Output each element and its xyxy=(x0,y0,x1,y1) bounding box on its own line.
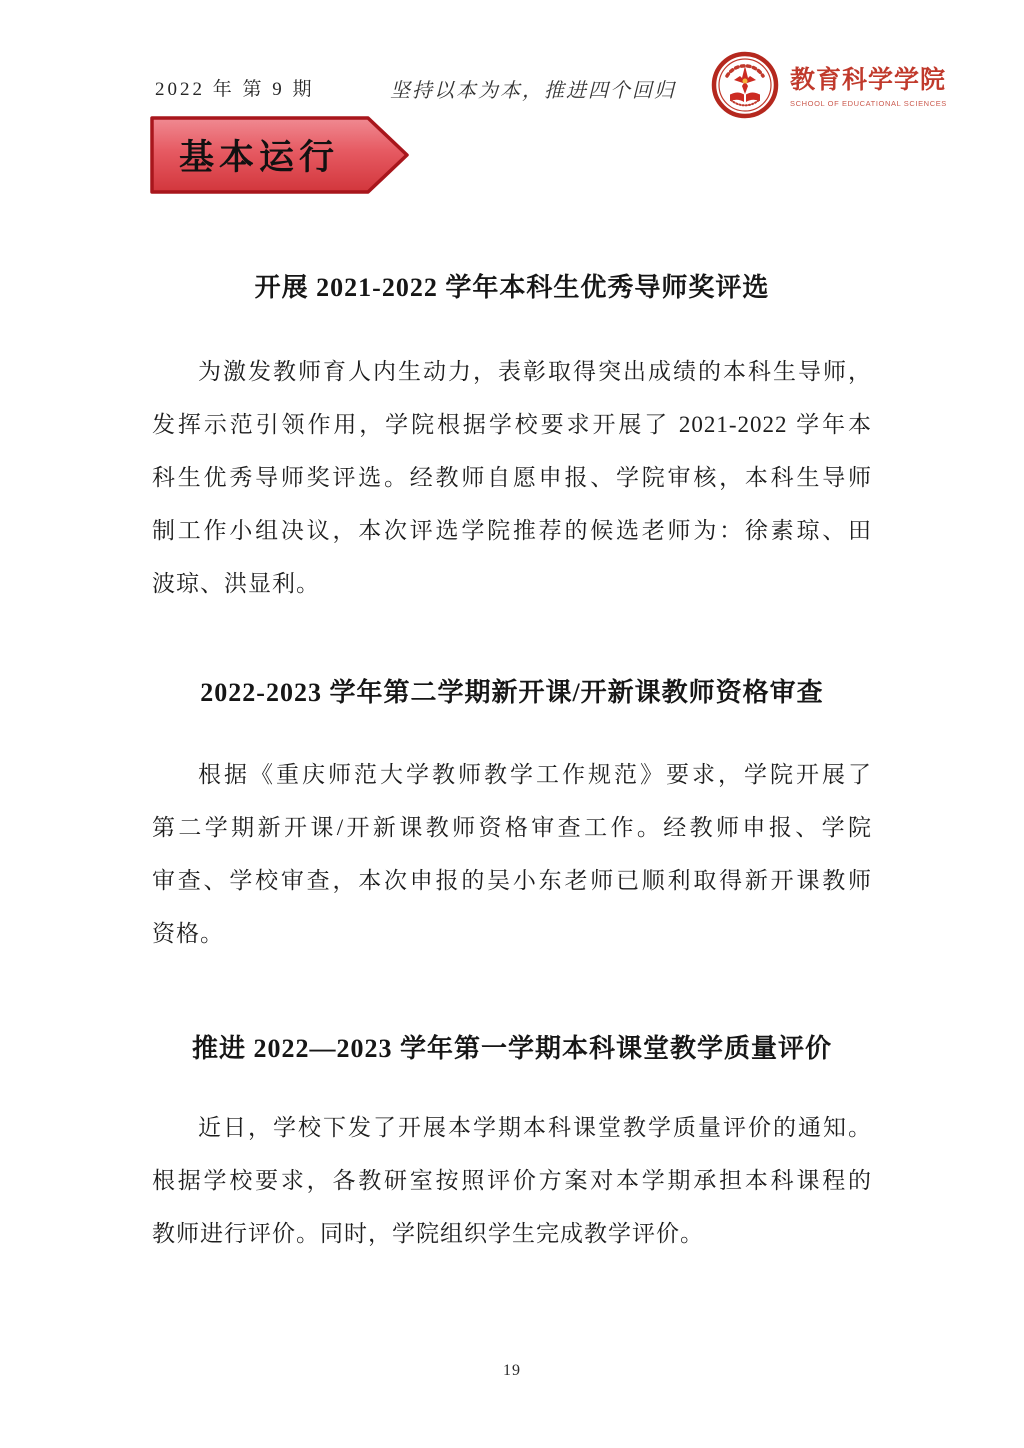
issue-number: 2022 年 第 9 期 xyxy=(155,74,315,101)
paragraph-line: 资格。 xyxy=(152,907,872,960)
section-title: 2022-2023 学年第二学期新开课/开新课教师资格审查 xyxy=(152,672,872,709)
document-page: 2022 年 第 9 期 坚持以本为本，推进四个回归 xyxy=(0,0,1024,1448)
paragraph-line: 根据学校要求，各教研室按照评价方案对本学期承担本科课程的 xyxy=(152,1154,872,1207)
page-header: 2022 年 第 9 期 坚持以本为本，推进四个回归 xyxy=(152,72,900,106)
paragraph-line: 波琼、洪显利。 xyxy=(152,557,872,610)
section-paragraph: 为激发教师育人内生动力，表彰取得突出成绩的本科生导师， 发挥示范引领作用，学院根… xyxy=(152,345,872,610)
school-emblem-icon xyxy=(710,50,780,120)
logo-name-cn: 教育科学学院 xyxy=(790,60,910,96)
school-logo: 教育科学学院 SCHOOL OF EDUCATIONAL SCIENCES xyxy=(710,48,900,122)
paragraph-line: 为激发教师育人内生动力，表彰取得突出成绩的本科生导师， xyxy=(152,345,872,398)
paragraph-line: 根据《重庆师范大学教师教学工作规范》要求，学院开展了 xyxy=(152,748,872,801)
section-paragraph: 根据《重庆师范大学教师教学工作规范》要求，学院开展了 第二学期新开课/开新课教师… xyxy=(152,748,872,960)
paragraph-line: 教师进行评价。同时，学院组织学生完成教学评价。 xyxy=(152,1207,872,1260)
paragraph-line: 审查、学校审查，本次申报的吴小东老师已顺利取得新开课教师 xyxy=(152,854,872,907)
section-paragraph: 近日，学校下发了开展本学期本科课堂教学质量评价的通知。 根据学校要求，各教研室按… xyxy=(152,1101,872,1260)
section-title: 推进 2022—2023 学年第一学期本科课堂教学质量评价 xyxy=(152,1028,872,1065)
section-banner: 基本运行 xyxy=(150,116,410,194)
section-title: 开展 2021-2022 学年本科生优秀导师奖评选 xyxy=(152,267,872,304)
paragraph-line: 近日，学校下发了开展本学期本科课堂教学质量评价的通知。 xyxy=(152,1101,872,1154)
paragraph-line: 制工作小组决议，本次评选学院推荐的候选老师为：徐素琼、田 xyxy=(152,504,872,557)
banner-label: 基本运行 xyxy=(150,116,368,194)
paragraph-line: 发挥示范引领作用，学院根据学校要求开展了 2021-2022 学年本 xyxy=(152,398,872,451)
paragraph-line: 第二学期新开课/开新课教师资格审查工作。经教师申报、学院 xyxy=(152,801,872,854)
page-number: 19 xyxy=(0,1362,1024,1380)
header-slogan: 坚持以本为本，推进四个回归 xyxy=(390,74,676,103)
logo-text: 教育科学学院 SCHOOL OF EDUCATIONAL SCIENCES xyxy=(790,60,910,108)
paragraph-line: 科生优秀导师奖评选。经教师自愿申报、学院审核，本科生导师 xyxy=(152,451,872,504)
logo-name-en: SCHOOL OF EDUCATIONAL SCIENCES xyxy=(790,99,910,108)
